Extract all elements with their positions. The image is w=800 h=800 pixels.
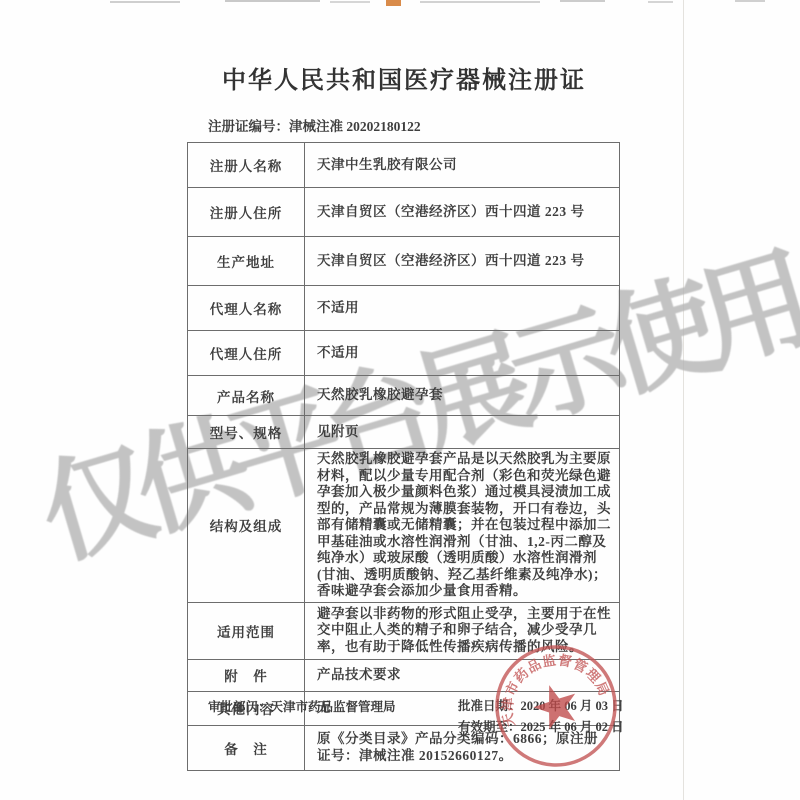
row-value: 天津自贸区（空港经济区）西十四道 223 号 — [305, 188, 620, 237]
row-label: 生产地址 — [188, 237, 305, 286]
row-value: 见附页 — [305, 416, 620, 449]
table-row: 产品名称 天然胶乳橡胶避孕套 — [188, 376, 620, 416]
row-label: 注册人名称 — [188, 143, 305, 188]
table-row: 注册人名称 天津中生乳胶有限公司 — [188, 143, 620, 188]
row-label: 型号、规格 — [188, 416, 305, 449]
row-label: 产品名称 — [188, 376, 305, 416]
row-label: 备 注 — [188, 725, 305, 770]
cert-number-label: 注册证编号： — [208, 119, 289, 134]
table-row: 型号、规格 见附页 — [188, 416, 620, 449]
table-row: 结构及组成 天然胶乳橡胶避孕套产品是以天然胶乳为主要原材料，配以少量专用配合剂（… — [188, 449, 620, 603]
cert-number-line: 注册证编号：津械注准 20202180122 — [208, 115, 421, 135]
table-row: 代理人名称 不适用 — [188, 286, 620, 331]
certificate-title: 中华人民共和国医疗器械注册证 — [0, 60, 800, 95]
table-row: 代理人住所 不适用 — [188, 331, 620, 376]
certificate-page: 仅供平台展示使用 中华人民共和国医疗器械注册证 注册证编号：津械注准 20202… — [0, 0, 800, 800]
row-label: 结构及组成 — [188, 449, 305, 603]
row-value: 天然胶乳橡胶避孕套 — [305, 376, 620, 416]
row-label: 附 件 — [188, 659, 305, 691]
table-row: 生产地址 天津自贸区（空港经济区）西十四道 223 号 — [188, 237, 620, 286]
cert-number-value: 津械注准 20202180122 — [289, 119, 421, 134]
row-value: 不适用 — [305, 331, 620, 376]
stamp-star-icon — [528, 678, 583, 732]
official-stamp: 天津市药品监督管理局 — [486, 636, 626, 776]
row-value: 天津中生乳胶有限公司 — [305, 143, 620, 188]
approval-department: 审批部门：天津市药品监督管理局 — [208, 697, 396, 715]
row-label: 注册人住所 — [188, 188, 305, 237]
row-value: 天津自贸区（空港经济区）西十四道 223 号 — [305, 237, 620, 286]
row-label: 代理人住所 — [188, 331, 305, 376]
orange-artifact — [386, 0, 401, 6]
row-value: 不适用 — [305, 286, 620, 331]
row-value: 天然胶乳橡胶避孕套产品是以天然胶乳为主要原材料，配以少量专用配合剂（彩色和荧光绿… — [305, 449, 620, 603]
row-label: 适用范围 — [188, 602, 305, 659]
table-row: 注册人住所 天津自贸区（空港经济区）西十四道 223 号 — [188, 188, 620, 237]
row-label: 代理人名称 — [188, 286, 305, 331]
